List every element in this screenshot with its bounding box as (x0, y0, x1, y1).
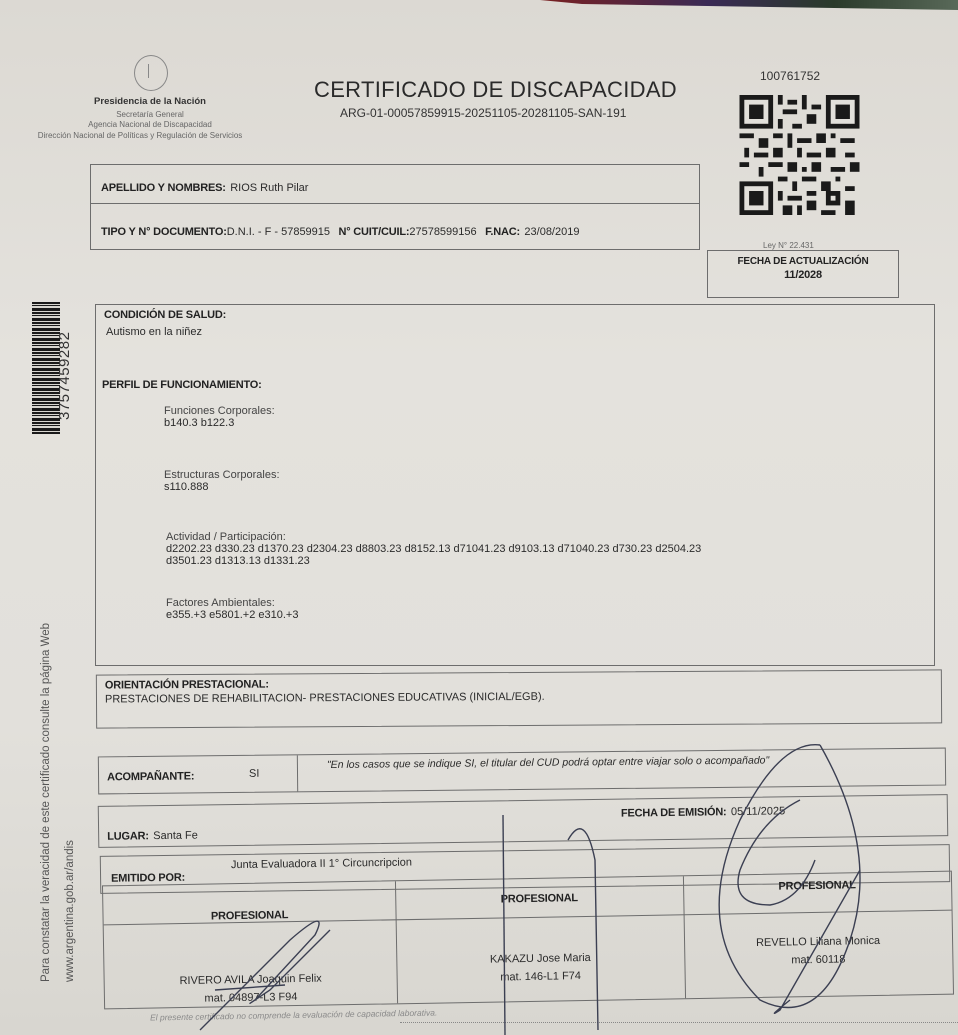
professional-2-header: PROFESIONAL (395, 890, 683, 907)
body-functions-section: Funciones Corporales: b140.3 b122.3 (164, 405, 275, 429)
health-condition-label: CONDICIÓN DE SALUD: (104, 309, 226, 321)
body-functions-label: Funciones Corporales: (164, 405, 275, 417)
update-date-label: FECHA DE ACTUALIZACIÓN (708, 256, 898, 267)
national-crest-icon (134, 55, 168, 91)
professional-1-name: RIVERO AVILA Joaquin Felix (105, 971, 397, 988)
activity-value-line-2: d3501.23 d1313.13 d1331.23 (166, 555, 701, 567)
org-line-2: Agencia Nacional de Discapacidad (0, 120, 300, 129)
dob-label: F.NAC: (485, 226, 520, 238)
issuer-label: EMITIDO POR: (111, 872, 185, 885)
issue-date-value: 05/11/2025 (731, 805, 785, 818)
place-value: Santa Fe (153, 830, 198, 843)
law-reference: Ley N° 22.431 (763, 241, 814, 250)
body-structures-label: Estructuras Corporales: (164, 469, 280, 481)
person-info-box: APELLIDO Y NOMBRES: RIOS Ruth Pilar TIPO… (90, 164, 700, 250)
qr-code-icon (737, 95, 862, 215)
body-structures-section: Estructuras Corporales: s110.888 (164, 469, 280, 493)
cuit-label: N° CUIT/CUIL: (338, 226, 409, 238)
name-label: APELLIDO Y NOMBRES: (101, 182, 226, 194)
professional-3: PROFESIONAL REVELLO Liliana Monica mat. … (683, 878, 952, 969)
cut-line (400, 1022, 958, 1023)
verification-note: Para constatar la veracidad de este cert… (40, 623, 52, 982)
name-row: APELLIDO Y NOMBRES: RIOS Ruth Pilar (101, 178, 308, 196)
cuit-value: 27578599156 (409, 226, 476, 238)
dob-value: 23/08/2019 (524, 226, 579, 238)
professionals-table: PROFESIONAL RIVERO AVILA Joaquin Felix m… (102, 871, 954, 1010)
professional-1-header: PROFESIONAL (103, 907, 395, 924)
professional-3-name: REVELLO Liliana Monica (684, 934, 952, 951)
professional-2-name: KAKAZU Jose Maria (396, 950, 684, 967)
place-label: LUGAR: (107, 830, 149, 843)
professional-1: PROFESIONAL RIVERO AVILA Joaquin Felix m… (103, 907, 397, 1006)
professional-1-mat: mat. 04897-L3 F94 (105, 989, 397, 1006)
health-condition-value: Autismo en la niñez (106, 326, 202, 338)
orientation-value: PRESTACIONES DE REHABILITACION- PRESTACI… (105, 691, 545, 706)
orientation-label: ORIENTACIÓN PRESTACIONAL: (105, 679, 269, 692)
verification-url[interactable]: www.argentina.gob.ar/andis (64, 840, 76, 982)
certificate-number: 100761752 (760, 69, 820, 83)
companion-value: SI (249, 768, 260, 780)
org-name: Presidencia de la Nación (0, 96, 300, 107)
issue-date-label: FECHA DE EMISIÓN: (621, 806, 727, 819)
document-value: D.N.I. - F - 57859915 (227, 226, 330, 238)
activity-section: Actividad / Participación: d2202.23 d330… (166, 531, 701, 567)
environmental-section: Factores Ambientales: e355.+3 e5801.+2 e… (166, 597, 298, 621)
orientation-box: ORIENTACIÓN PRESTACIONAL: PRESTACIONES D… (96, 669, 942, 728)
professional-3-header: PROFESIONAL (683, 878, 951, 895)
update-date-box: FECHA DE ACTUALIZACIÓN 11/2028 (707, 250, 899, 298)
page-title: CERTIFICADO DE DISCAPACIDAD (314, 77, 677, 103)
activity-label: Actividad / Participación: (166, 531, 701, 543)
environmental-value: e355.+3 e5801.+2 e310.+3 (166, 609, 298, 621)
companion-label: ACOMPAÑANTE: (107, 770, 194, 783)
org-line-1: Secretaría General (0, 110, 300, 119)
health-profile-box: CONDICIÓN DE SALUD: Autismo en la niñez … (95, 304, 935, 666)
document-label: TIPO Y N° DOCUMENTO: (101, 226, 227, 238)
certificate-code: ARG-01-00057859915-20251105-20281105-SAN… (340, 106, 626, 120)
update-date-value: 11/2028 (708, 269, 898, 281)
name-value: RIOS Ruth Pilar (230, 182, 308, 194)
org-line-3: Dirección Nacional de Políticas y Regula… (0, 131, 290, 140)
professional-2-mat: mat. 146-L1 F74 (397, 968, 685, 985)
place-row: LUGAR: Santa Fe (107, 826, 198, 845)
activity-value-line-1: d2202.23 d330.23 d1370.23 d2304.23 d8803… (166, 543, 701, 555)
barcode-number: 3757459282 (56, 332, 73, 420)
body-structures-value: s110.888 (164, 481, 280, 493)
issuer-value: Junta Evaluadora II 1° Circuncripcion (231, 857, 412, 872)
issue-date-row: FECHA DE EMISIÓN: 05/11/2025 (621, 801, 786, 821)
document-row: TIPO Y N° DOCUMENTO:D.N.I. - F - 5785991… (101, 222, 579, 240)
professional-3-mat: mat. 60118 (684, 952, 952, 969)
companion-note: "En los casos que se indique SI, el titu… (327, 754, 769, 771)
functioning-profile-label: PERFIL DE FUNCIONAMIENTO: (102, 379, 262, 391)
environmental-label: Factores Ambientales: (166, 597, 298, 609)
body-functions-value: b140.3 b122.3 (164, 417, 275, 429)
professional-2: PROFESIONAL KAKAZU Jose Maria mat. 146-L… (395, 890, 685, 985)
